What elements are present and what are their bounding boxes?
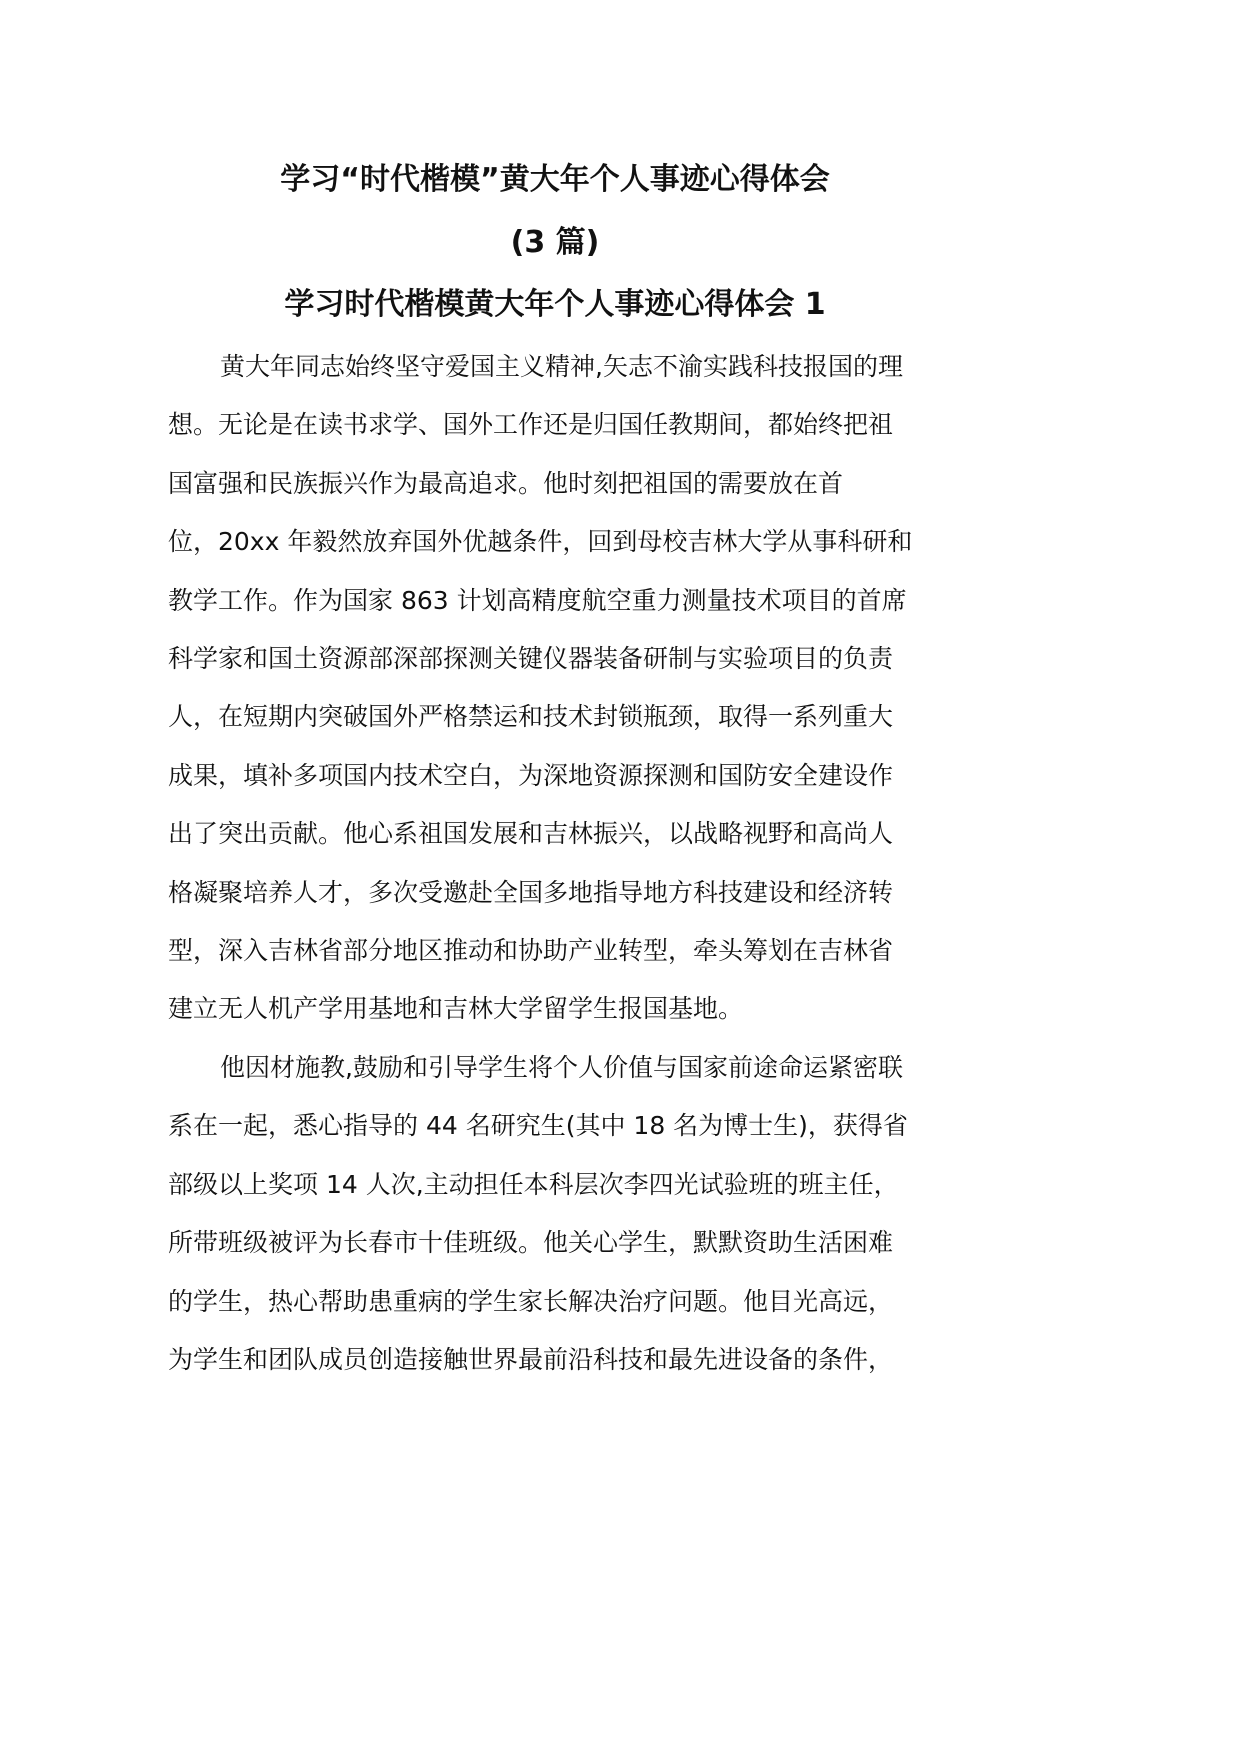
text-line: 部级以上奖项 14 人次,主动担任本科层次李四光试验班的班主任， — [168, 1156, 944, 1214]
paragraph-2: 他因材施教,鼓励和引导学生将个人价值与国家前途命运紧密联 系在一起，悉心指导的 … — [168, 1039, 944, 1389]
text-line: 的学生，热心帮助患重病的学生家长解决治疗问题。他目光高远， — [168, 1273, 944, 1331]
text-line: 为学生和团队成员创造接触世界最前沿科技和最先进设备的条件， — [168, 1331, 944, 1389]
text-line: 出了突出贡献。他心系祖国发展和吉林振兴，以战略视野和高尚人 — [168, 805, 944, 863]
text-line: 他因材施教,鼓励和引导学生将个人价值与国家前途命运紧密联 — [168, 1039, 944, 1097]
paragraph-1: 黄大年同志始终坚守爱国主义精神,矢志不渝实践科技报国的理 想。无论是在读书求学、… — [168, 338, 944, 1039]
text-line: 型，深入吉林省部分地区推动和协助产业转型，牵头筹划在吉林省 — [168, 922, 944, 980]
text-line: 位，20xx 年毅然放弃国外优越条件，回到母校吉林大学从事科研和 — [168, 513, 944, 571]
text-line: 人，在短期内突破国外严格禁运和技术封锁瓶颈，取得一系列重大 — [168, 688, 944, 746]
text-line: 格凝聚培养人才，多次受邀赴全国多地指导地方科技建设和经济转 — [168, 864, 944, 922]
text-line: 建立无人机产学用基地和吉林大学留学生报国基地。 — [168, 980, 944, 1038]
text-line: 成果，填补多项国内技术空白，为深地资源探测和国防安全建设作 — [168, 747, 944, 805]
section-heading: 学习时代楷模黄大年个人事迹心得体会 1 — [0, 285, 1110, 325]
text-line: 黄大年同志始终坚守爱国主义精神,矢志不渝实践科技报国的理 — [168, 338, 944, 396]
text-line: 系在一起，悉心指导的 44 名研究生(其中 18 名为博士生)，获得省 — [168, 1097, 944, 1155]
document-body: 黄大年同志始终坚守爱国主义精神,矢志不渝实践科技报国的理 想。无论是在读书求学、… — [168, 338, 944, 1389]
document-title: 学习“时代楷模”黄大年个人事迹心得体会 — [0, 160, 1110, 200]
text-line: 科学家和国土资源部深部探测关键仪器装备研制与实验项目的负责 — [168, 630, 944, 688]
text-line: 国富强和民族振兴作为最高追求。他时刻把祖国的需要放在首 — [168, 455, 944, 513]
document-subtitle: (3 篇) — [0, 223, 1110, 263]
text-line: 想。无论是在读书求学、国外工作还是归国任教期间，都始终把祖 — [168, 396, 944, 454]
document-page: 学习“时代楷模”黄大年个人事迹心得体会 (3 篇) 学习时代楷模黄大年个人事迹心… — [0, 0, 1240, 1754]
text-line: 所带班级被评为长春市十佳班级。他关心学生，默默资助生活困难 — [168, 1214, 944, 1272]
text-line: 教学工作。作为国家 863 计划高精度航空重力测量技术项目的首席 — [168, 572, 944, 630]
